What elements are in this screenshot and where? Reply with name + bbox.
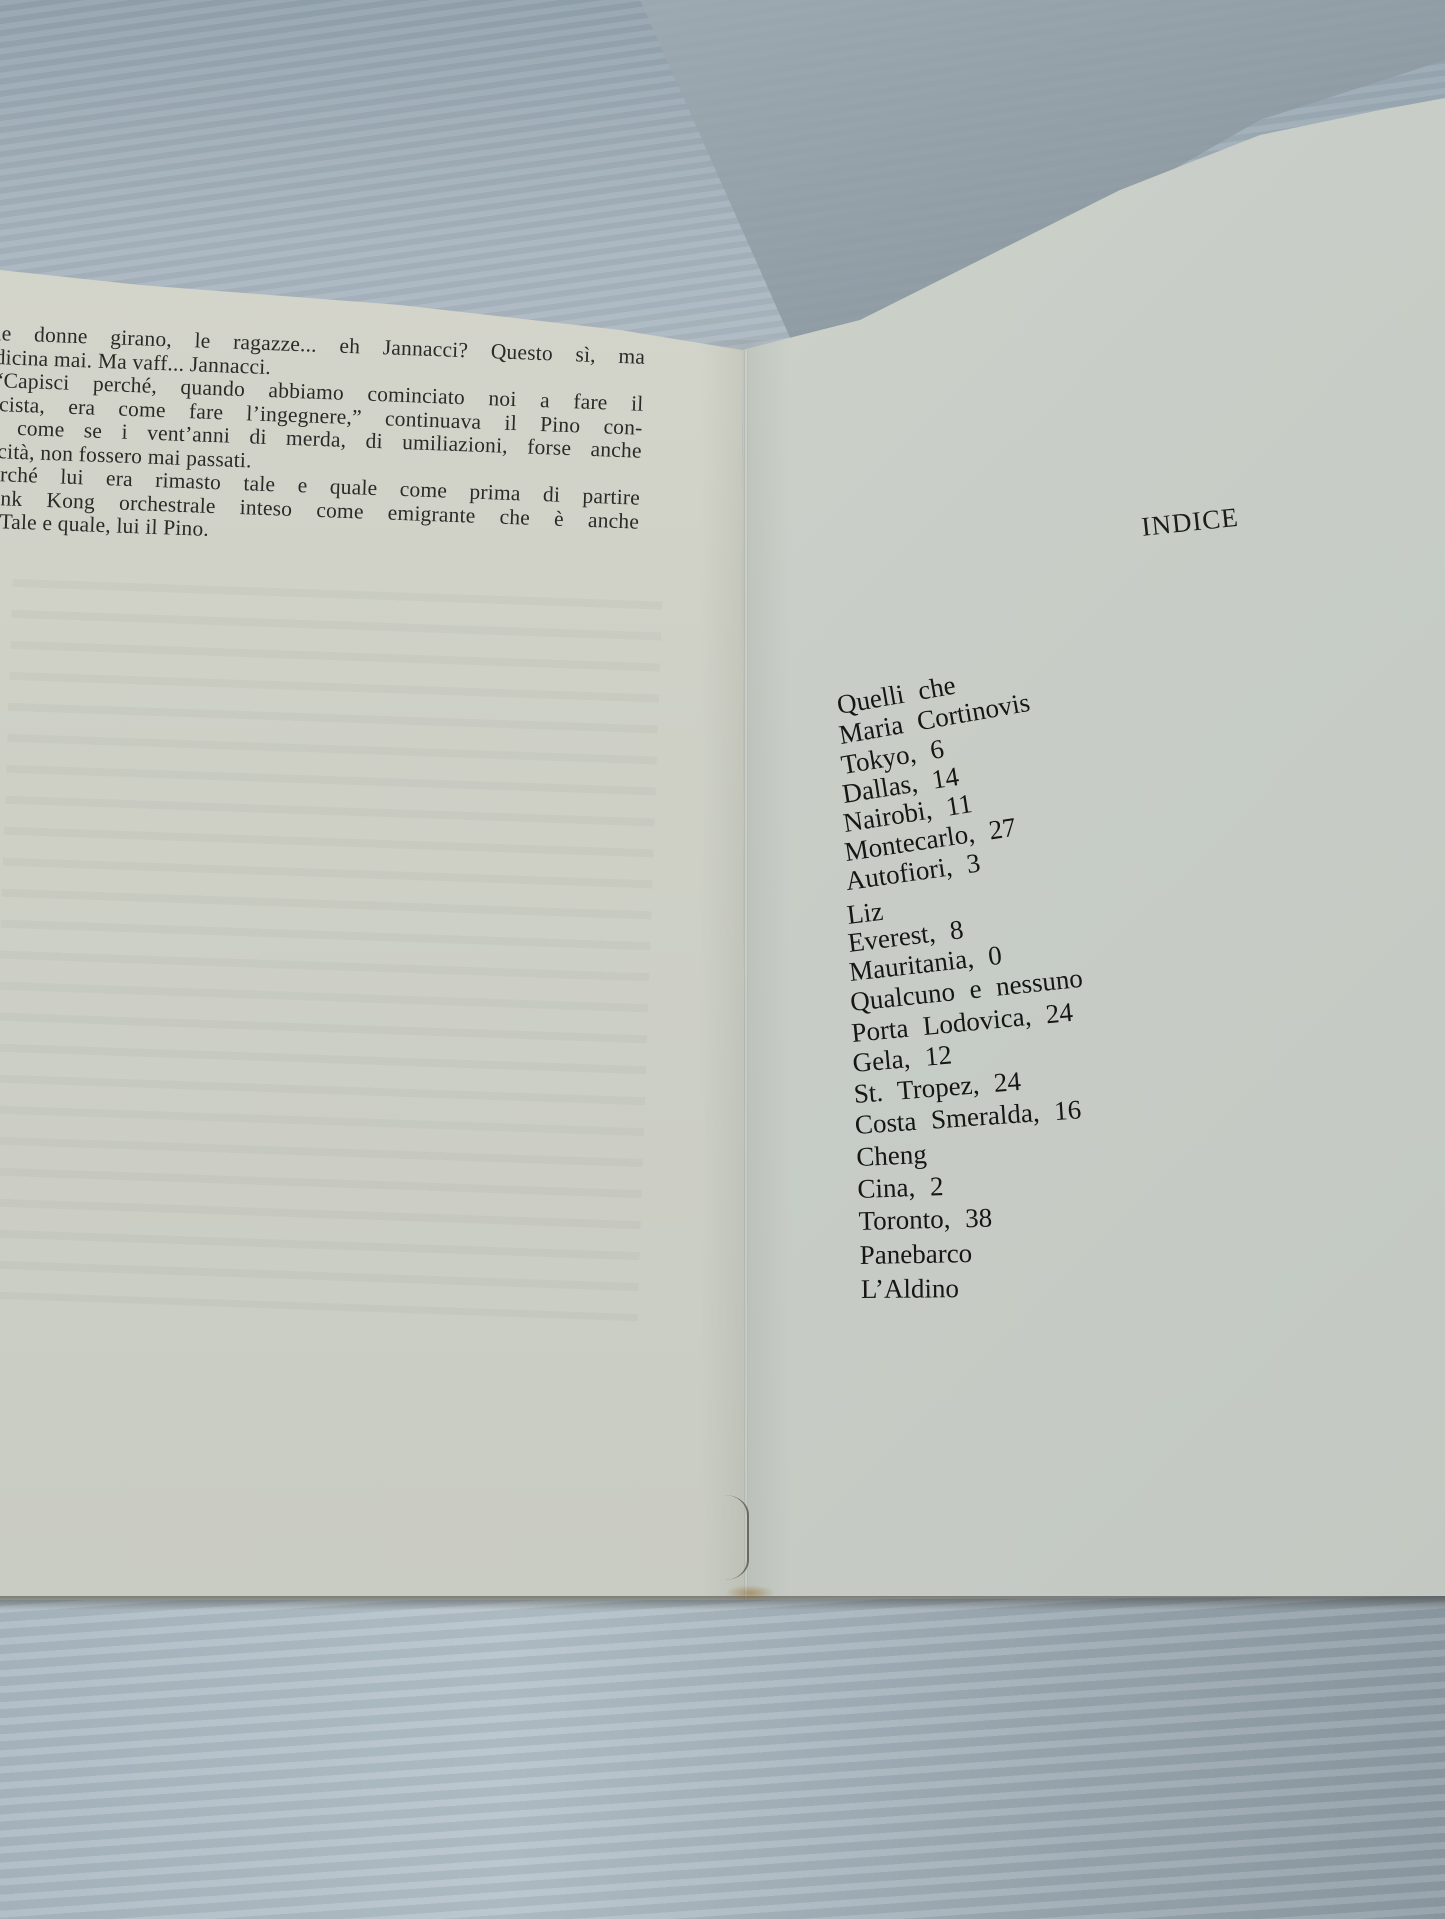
index-entry: Cheng [856, 1139, 928, 1173]
left-page-text: le donne girano, le ragazze... eh Jannac… [0, 322, 646, 557]
page-bottom-edge [0, 1596, 1445, 1610]
index-entry: Cina, 2 [857, 1171, 944, 1205]
binding-stain [725, 1585, 775, 1601]
stray-hair [725, 1495, 749, 1580]
index-entry: Panebarco [859, 1238, 972, 1271]
show-through-text [0, 579, 662, 1321]
book-gutter [744, 350, 748, 1600]
background-surface-bottom [0, 1590, 1445, 1919]
index-entry: L’Aldino [861, 1273, 959, 1305]
index-entry: Toronto, 38 [858, 1203, 992, 1237]
